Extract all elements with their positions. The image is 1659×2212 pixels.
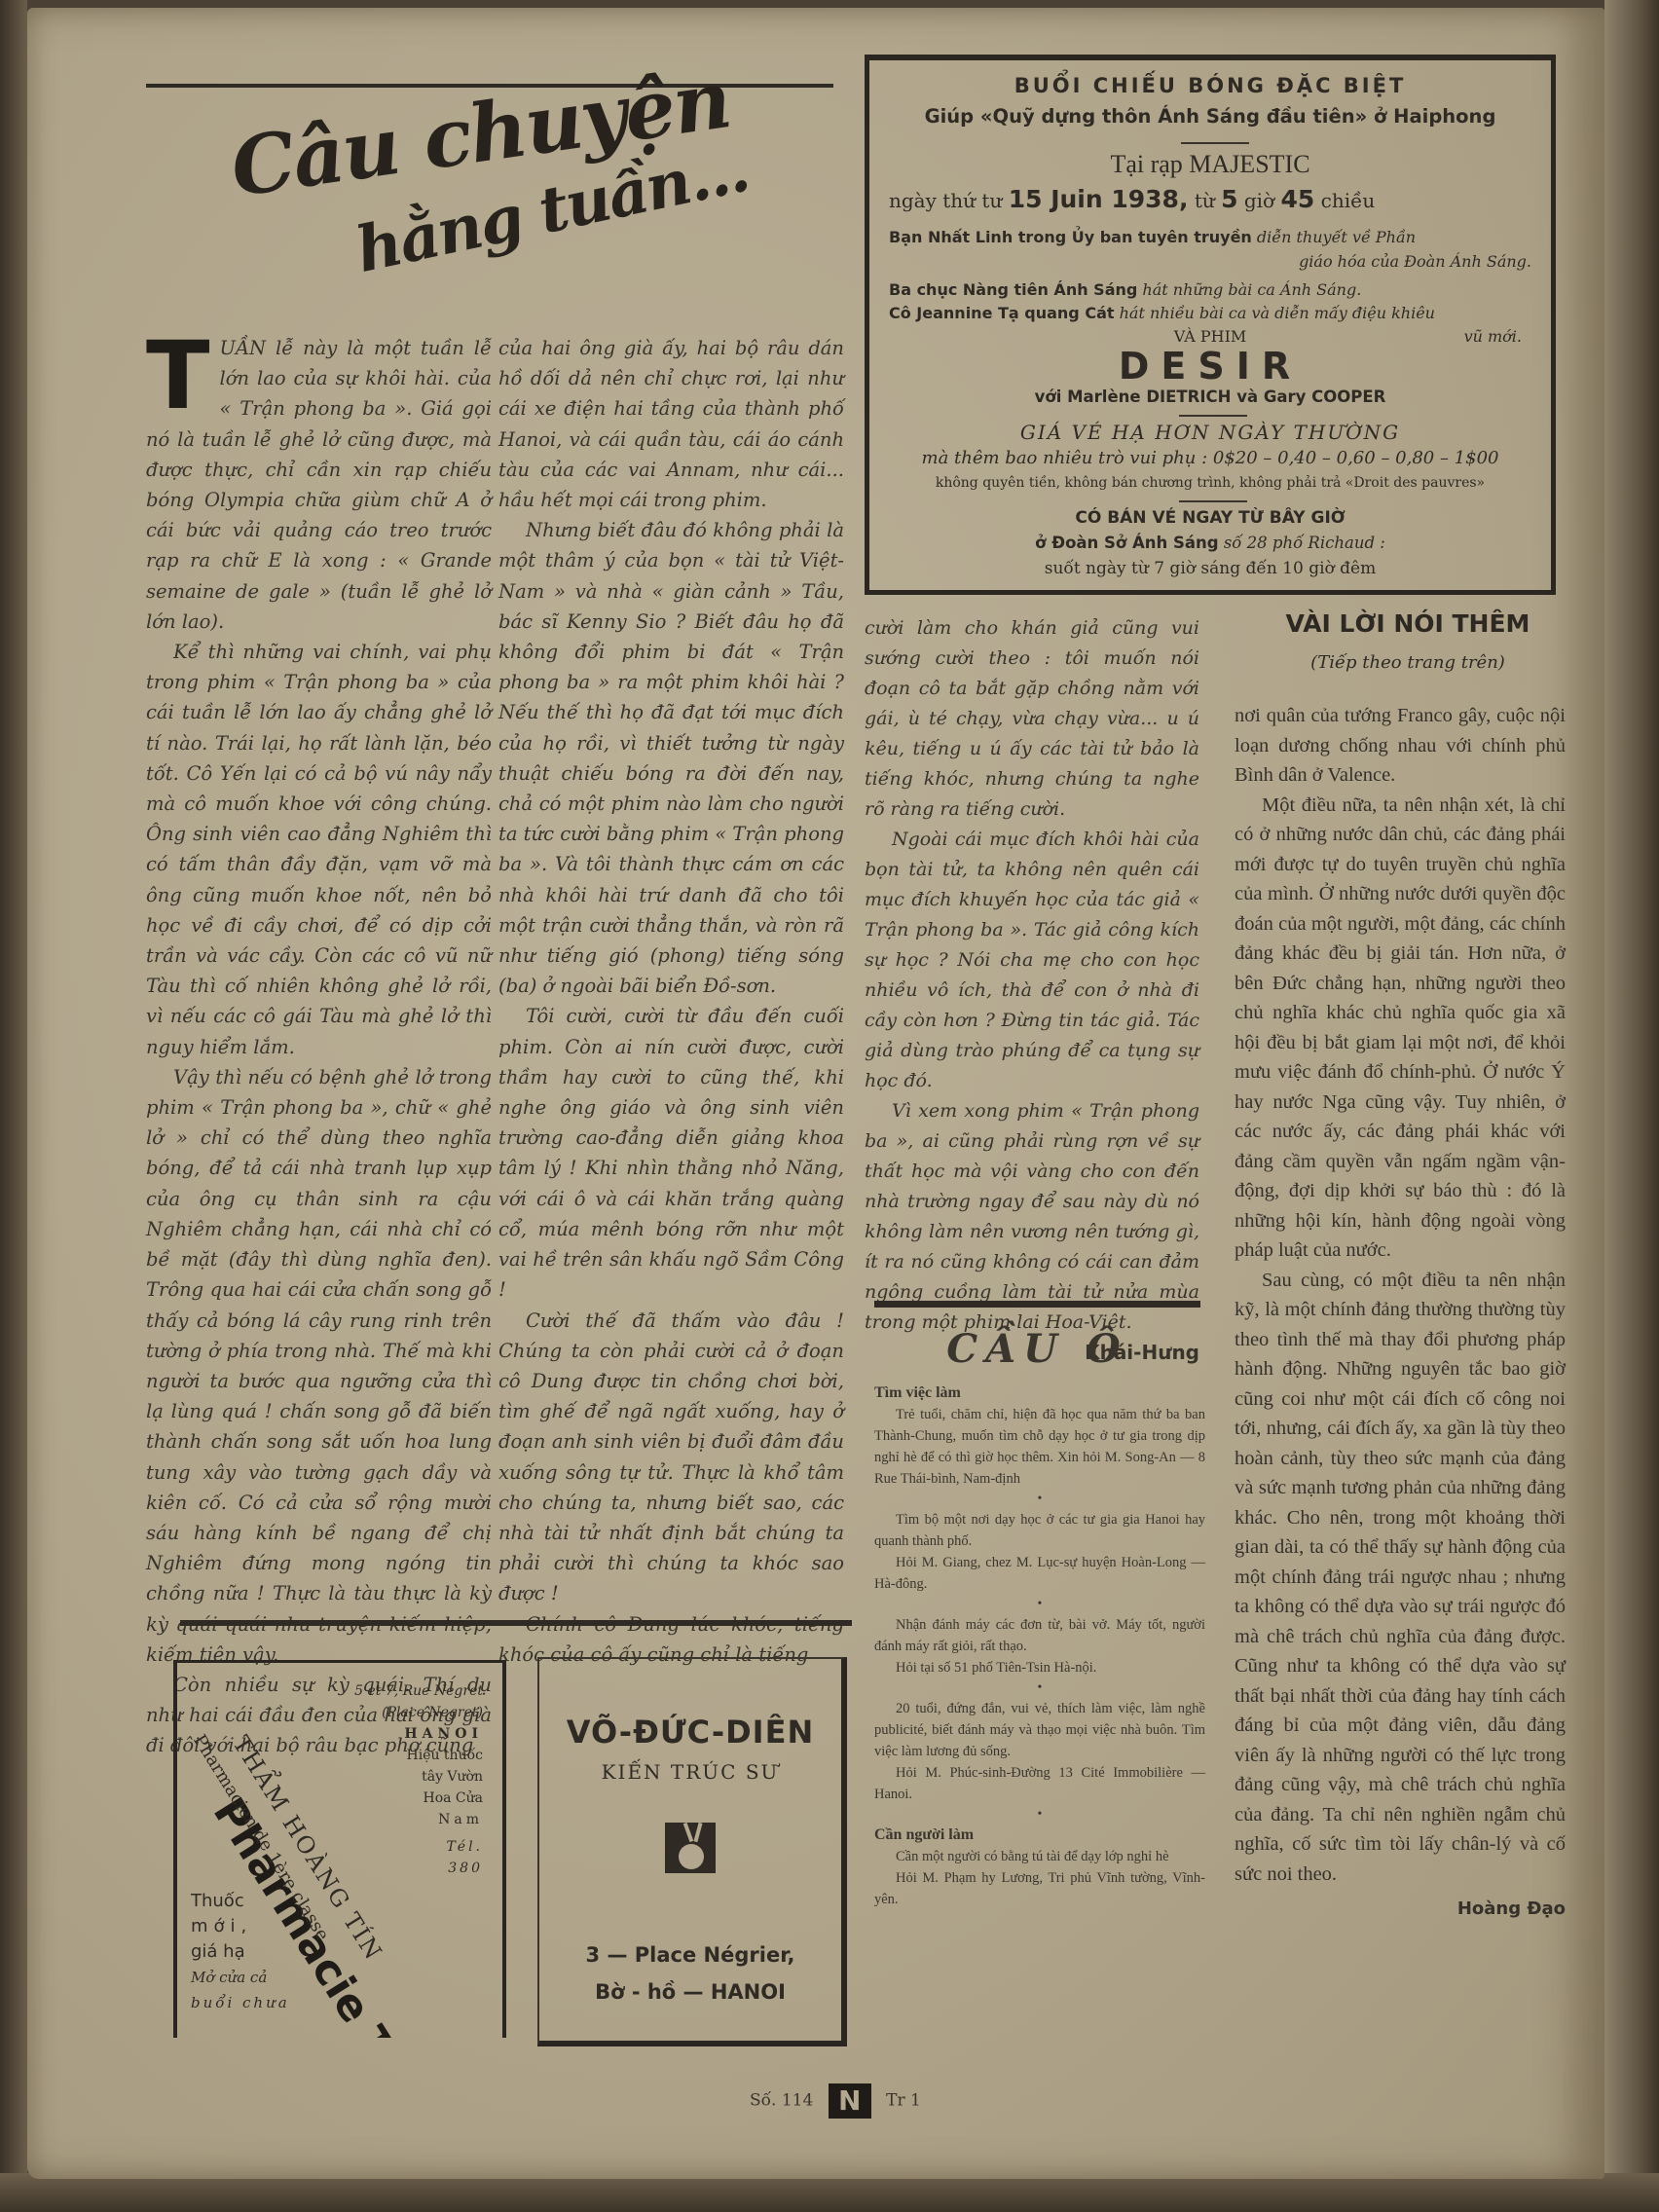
feature-column-1: TUẦN lễ này là một tuần lễ lớn lao của s… (146, 333, 492, 1761)
paragraph: Kể thì những vai chính, vai phụ trong ph… (146, 637, 492, 1062)
classified-contact: Hỏi tại số 51 phố Tiên-Tsin Hà-nội. (874, 1657, 1205, 1678)
classifieds-title: CẦU Ô (874, 1326, 1200, 1372)
cinema-ad-item-2: Ba chục Nàng tiên Ánh Sáng hát những bài… (869, 280, 1551, 299)
bullet-separator: • (874, 1678, 1205, 1698)
film-title: DESIR (869, 345, 1551, 387)
item-italic-cont: vũ mới. (1464, 327, 1522, 346)
book-spine (0, 0, 27, 2212)
newspaper-logo-icon: N (829, 2083, 871, 2119)
promo-line: giá hạ (191, 1939, 290, 1965)
editorial-author: Hoàng Đạo (1235, 1895, 1566, 1925)
cinema-ad-subhead: Giúp «Quỹ dựng thôn Ánh Sáng đầu tiên» ở… (869, 105, 1551, 128)
ads-rule (180, 1620, 852, 1626)
item-bold: Cô Jeannine Tạ quang Cát (889, 304, 1115, 322)
classified-contact: Hỏi M. Giang, chez M. Lục-sự huyện Hoàn-… (874, 1552, 1205, 1595)
item-bold: Ba chục Nàng tiên Ánh Sáng (889, 280, 1137, 299)
classified-contact: Hỏi M. Phạm hy Lương, Tri phủ Vĩnh tường… (874, 1867, 1205, 1910)
architect-title: KIẾN TRÚC SƯ (539, 1760, 841, 1784)
promo-line: Thuốc (191, 1889, 290, 1914)
classified-ad: Cần một người có bằng tú tài để dạy lớp … (874, 1846, 1205, 1867)
classified-ad: Trẻ tuổi, chăm chỉ, hiện đã học qua năm … (874, 1404, 1205, 1490)
paragraph: cười làm cho khán giả cũng vui sướng cườ… (865, 613, 1199, 825)
dropcap: T (146, 337, 209, 415)
sale-hours: suốt ngày từ 7 giờ sáng đến 10 giờ đêm (869, 559, 1551, 578)
cinema-ad-item-1b: giáo hóa của Đoàn Ánh Sáng. (869, 252, 1551, 271)
sale-headline: CÓ BÁN VÉ NGAY TỪ BÂY GIỜ (869, 508, 1551, 528)
address-line: (Place Negret) (354, 1702, 483, 1723)
cinema-ad-and-film: VÀ PHIM vũ mới. (869, 327, 1551, 346)
cinema-ad-headline: BUỔI CHIẾU BÓNG ĐẶC BIỆT (869, 74, 1551, 97)
sale-location: ở Đoàn Sở Ánh Sáng số 28 phố Richaud : (869, 534, 1551, 552)
paragraph: Tôi cười, cười từ đầu đến cuối phim. Còn… (498, 1001, 844, 1305)
pharmacy-ad: Pharmacie TIN THẨM HOÀNG TÍN Pharmacien … (173, 1660, 506, 2038)
feature-column-2: của hai ông già ấy, hai bộ râu dán hồ dố… (498, 333, 844, 1670)
divider (1179, 415, 1247, 417)
item-italic: hát những bài ca Ánh Sáng. (1142, 280, 1361, 299)
cinema-ad-item-1: Bạn Nhất Linh trong Ủy ban tuyên truyền … (869, 228, 1551, 246)
and-film-label: VÀ PHIM (1174, 327, 1247, 346)
page-edge (1604, 0, 1659, 2212)
bullet-separator: • (874, 1490, 1205, 1509)
paragraph: nơi quân của tướng Franco gây, cuộc nội … (1235, 701, 1566, 791)
city: HANOI (354, 1723, 483, 1745)
paragraph: Cười thế đã thấm vào đâu ! Chúng ta còn … (498, 1306, 844, 1609)
promo-line: mới, (191, 1914, 290, 1939)
tel-label: Tél. (354, 1836, 483, 1858)
time-hour: 5 (1221, 185, 1237, 213)
classifieds-rule (874, 1301, 1200, 1308)
architect-ad: VÕ-ĐỨC-DIÊN KIẾN TRÚC SƯ 3 — Place Négri… (537, 1657, 847, 2046)
item-italic: diễn thuyết về Phần (1257, 228, 1416, 246)
pharmacy-address: 5 et 7, Rue Negret (Place Negret) HANOI … (354, 1680, 483, 1879)
date: 15 Juin 1938, (1009, 185, 1189, 213)
price-line: mà thêm bao nhiêu trò vui phụ : 0$20 – 0… (869, 448, 1551, 468)
date-prefix: ngày thứ tư (889, 189, 1002, 212)
hours-line: buổi chưa (191, 1990, 290, 2015)
price-headline: GIÁ VÉ HẠ HƠN NGÀY THƯỜNG (869, 421, 1551, 444)
classified-ad: Tìm bộ một nơi dạy học ở các tư gia gia … (874, 1509, 1205, 1552)
time-mid: giờ (1244, 189, 1274, 212)
desc-line: tây Vườn (354, 1766, 483, 1788)
classified-contact: Hỏi M. Phúc-sinh-Đường 13 Cité Immobiliè… (874, 1762, 1205, 1805)
classified-ad: Nhận đánh máy các đơn từ, bài vở. Máy tố… (874, 1614, 1205, 1657)
architect-name: VÕ-ĐỨC-DIÊN (539, 1714, 841, 1751)
bullet-separator: • (874, 1805, 1205, 1825)
pharmacy-promo: Thuốc mới, giá hạ Mở cửa cả buổi chưa (191, 1889, 290, 2015)
time-min: 45 (1280, 185, 1314, 213)
page-number: Tr 1 (886, 2091, 921, 2111)
time-prefix: từ (1195, 189, 1215, 212)
sale-address: số 28 phố Richaud : (1224, 534, 1385, 552)
issue-number: Số. 114 (750, 2091, 813, 2111)
paragraph: Ngoài cái mục đích khôi hài của bọn tài … (865, 825, 1199, 1096)
editorial-subtitle: (Tiếp theo trang trên) (1252, 652, 1564, 673)
page-bottom-edge (0, 2173, 1659, 2212)
item-italic: hát nhiều bài ca và diễn mấy điệu khiêu (1120, 304, 1435, 322)
divider (1179, 500, 1247, 502)
paragraph: Sau cùng, có một điều ta nên nhận kỹ, là… (1235, 1266, 1566, 1890)
hours-line: Mở cửa cả (191, 1965, 290, 1990)
sunburst-logo-icon (665, 1823, 716, 1873)
paragraph: Nhưng biết đâu đó không phải là một thâm… (498, 515, 844, 1001)
item-bold: Bạn Nhất Linh trong Ủy ban tuyên truyền (889, 228, 1252, 246)
feature-title: Câu chuyện hằng tuần... (239, 122, 784, 307)
paragraph: Một điều nữa, ta nên nhận xét, là chỉ có… (1235, 791, 1566, 1266)
editorial-title: VÀI LỜI NÓI THÊM (1252, 609, 1564, 638)
desc-line: Hoa Cửa (354, 1788, 483, 1809)
feature-column-3: cười làm cho khán giả cũng vui sướng cườ… (865, 613, 1199, 1368)
time-suffix: chiều (1321, 189, 1376, 212)
cinema-ad: BUỔI CHIẾU BÓNG ĐẶC BIỆT Giúp «Quỹ dựng … (865, 55, 1556, 595)
architect-address-1: 3 — Place Négrier, (539, 1943, 841, 1967)
film-cast: với Marlène DIETRICH và Gary COOPER (869, 387, 1551, 406)
address-line: 5 et 7, Rue Negret (354, 1680, 483, 1702)
sale-where: ở Đoàn Sở Ánh Sáng (1035, 534, 1218, 552)
classified-ad: 20 tuổi, đứng đắn, vui vẻ, thích làm việ… (874, 1698, 1205, 1762)
section-heading: Cần người làm (874, 1825, 1205, 1846)
classifieds-body: Tìm việc làm Trẻ tuổi, chăm chỉ, hiện đã… (874, 1382, 1205, 1910)
price-note: không quyên tiền, không bán chương trình… (869, 475, 1551, 491)
cinema-ad-venue: Tại rạp MAJESTIC (869, 150, 1551, 179)
cinema-ad-datetime: ngày thứ tư 15 Juin 1938, từ 5 giờ 45 ch… (869, 185, 1551, 213)
section-heading: Tìm việc làm (874, 1382, 1205, 1404)
editorial-body: nơi quân của tướng Franco gây, cuộc nội … (1235, 701, 1566, 1925)
desc-line: Hiệu thuốc (354, 1745, 483, 1766)
tel-number: 380 (354, 1858, 483, 1879)
architect-address-2: Bờ - hồ — HANOI (539, 1980, 841, 2004)
venue-prefix: Tại rạp (1110, 150, 1182, 178)
divider (1181, 142, 1249, 144)
cinema-ad-item-3: Cô Jeannine Tạ quang Cát hát nhiều bài c… (869, 304, 1551, 322)
venue-name: MAJESTIC (1189, 150, 1309, 178)
paragraph: của hai ông già ấy, hai bộ râu dán hồ dố… (498, 333, 844, 515)
desc-line: Nam (354, 1809, 483, 1830)
bullet-separator: • (874, 1595, 1205, 1614)
page-footer: Số. 114 N Tr 1 (750, 2083, 921, 2119)
paragraph: Vậy thì nếu có bệnh ghẻ lở trong phim « … (146, 1062, 492, 1670)
